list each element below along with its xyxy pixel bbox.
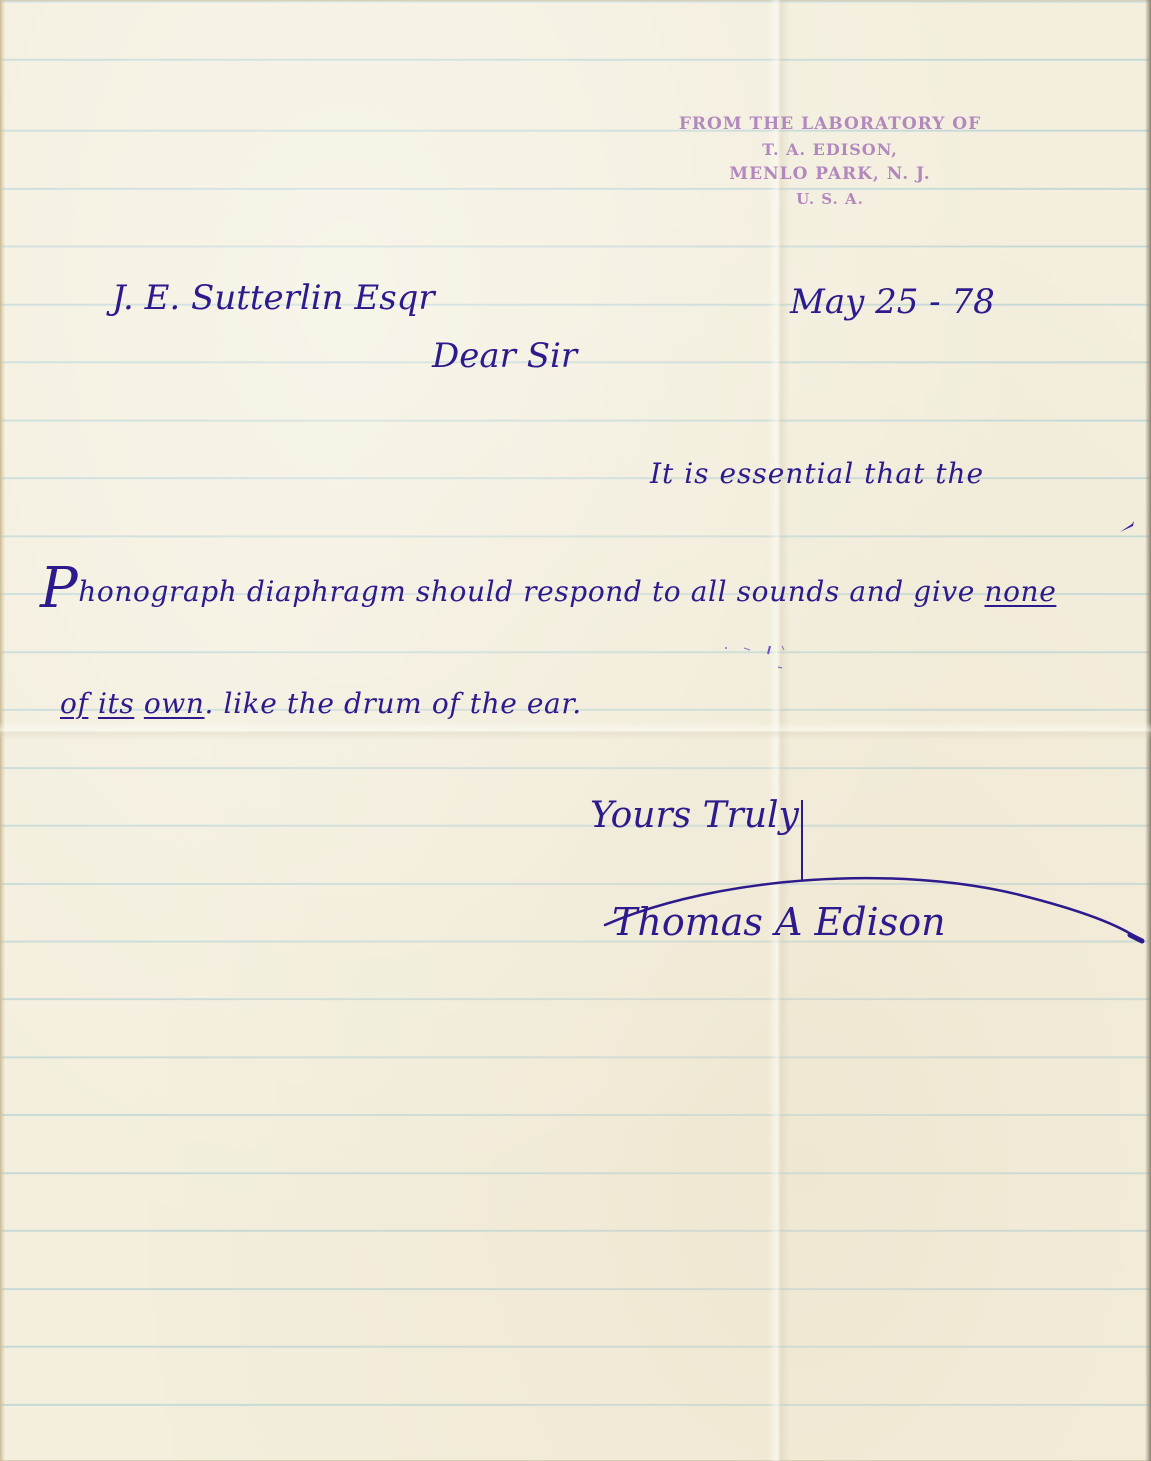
body-line-1: It is essential that the xyxy=(650,457,984,490)
emphasis-none: none xyxy=(984,575,1056,608)
emphasis-its: its xyxy=(98,687,134,720)
ink-blot-icon xyxy=(1118,520,1138,534)
letterhead-stamp: FROM THE LABORATORY OF T. A. EDISON, MEN… xyxy=(660,112,1000,212)
salutation: Dear Sir xyxy=(432,336,577,376)
valediction: Yours Truly xyxy=(590,795,799,836)
addressee: J. E. Sutterlin Esqr xyxy=(112,278,435,318)
decorative-initial: P xyxy=(40,556,78,621)
body-line-3-text: . like the drum of the ear. xyxy=(205,687,582,720)
emphasis-own: own xyxy=(144,687,205,720)
horizontal-fold-crease xyxy=(0,722,1151,740)
letter-sheet: FROM THE LABORATORY OF T. A. EDISON, MEN… xyxy=(0,0,1151,1461)
body-line-2-text: honograph diaphragm should respond to al… xyxy=(78,575,984,608)
stamp-line-2: T. A. EDISON, xyxy=(660,137,1000,162)
body-line-3: of its own. like the drum of the ear. xyxy=(60,687,582,720)
letter-date: May 25 - 78 xyxy=(790,282,995,322)
stray-ink-marks-icon xyxy=(720,640,800,670)
signature: Thomas A Edison xyxy=(612,900,946,944)
stamp-line-1: FROM THE LABORATORY OF xyxy=(660,112,1000,137)
stamp-line-4: U. S. A. xyxy=(660,187,1000,212)
body-line-2: Phonograph diaphragm should respond to a… xyxy=(40,575,1056,608)
emphasis-of: of xyxy=(60,687,88,720)
stamp-line-3: MENLO PARK, N. J. xyxy=(660,162,1000,187)
